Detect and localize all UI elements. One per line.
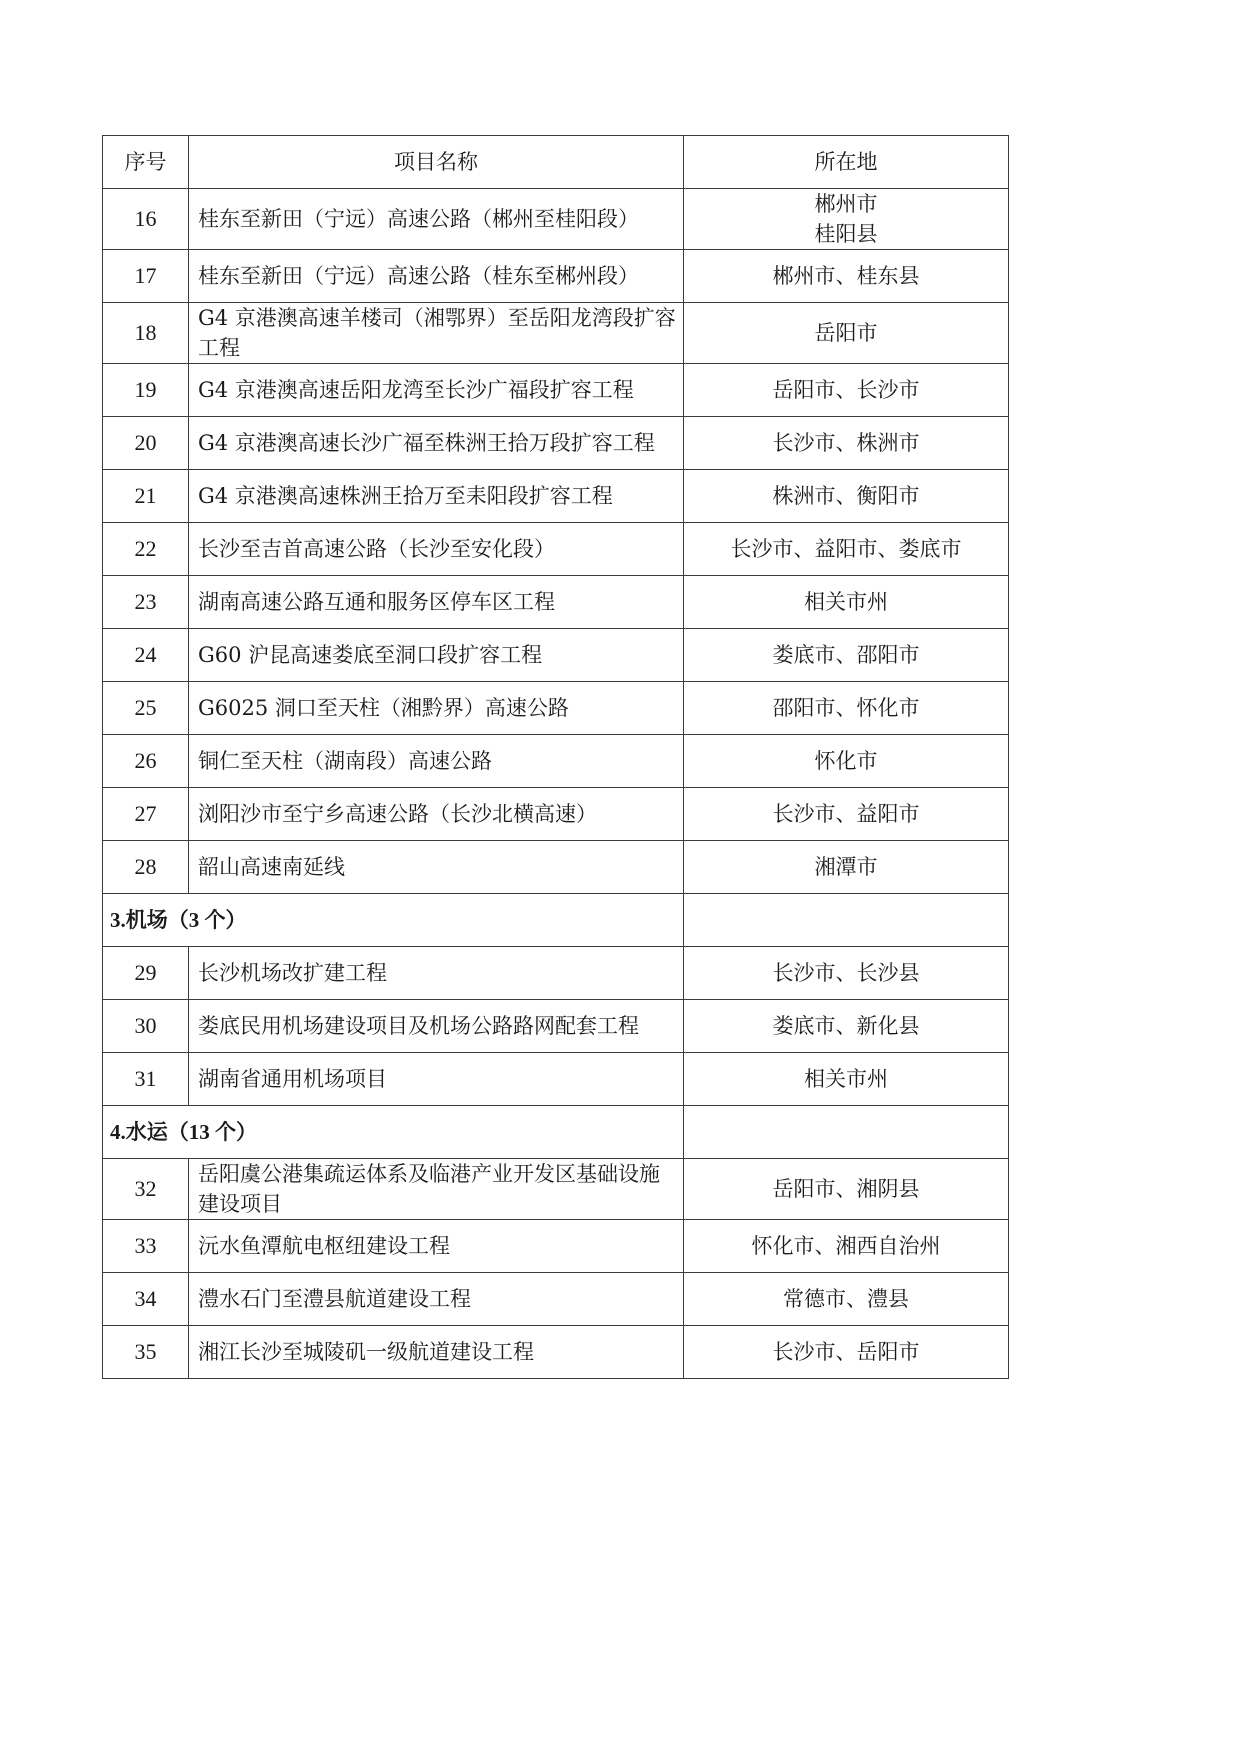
- serial-number: 18: [103, 303, 189, 364]
- location: 娄底市、新化县: [684, 1000, 1009, 1053]
- project-name: 桂东至新田（宁远）高速公路（桂东至郴州段）: [189, 250, 684, 303]
- table-row: 32 岳阳虞公港集疏运体系及临港产业开发区基础设施建设项目 岳阳市、湘阴县: [103, 1159, 1009, 1220]
- serial-number: 21: [103, 470, 189, 523]
- project-name: 娄底民用机场建设项目及机场公路路网配套工程: [189, 1000, 684, 1053]
- project-name: G6025 洞口至天柱（湘黔界）高速公路: [189, 682, 684, 735]
- location: 邵阳市、怀化市: [684, 682, 1009, 735]
- table-row: 16 桂东至新田（宁远）高速公路（郴州至桂阳段） 郴州市 桂阳县: [103, 189, 1009, 250]
- serial-number: 26: [103, 735, 189, 788]
- project-name: G60 沪昆高速娄底至洞口段扩容工程: [189, 629, 684, 682]
- table-row: 34 澧水石门至澧县航道建设工程 常德市、澧县: [103, 1273, 1009, 1326]
- project-name: 澧水石门至澧县航道建设工程: [189, 1273, 684, 1326]
- serial-number: 27: [103, 788, 189, 841]
- project-name: 长沙至吉首高速公路（长沙至安化段）: [189, 523, 684, 576]
- table-row: 30 娄底民用机场建设项目及机场公路路网配套工程 娄底市、新化县: [103, 1000, 1009, 1053]
- serial-number: 35: [103, 1326, 189, 1379]
- header-project-name: 项目名称: [189, 136, 684, 189]
- section-title: 4.水运（13 个）: [103, 1106, 684, 1159]
- serial-number: 24: [103, 629, 189, 682]
- project-name: G4 京港澳高速株洲王拾万至耒阳段扩容工程: [189, 470, 684, 523]
- serial-number: 28: [103, 841, 189, 894]
- table-row: 31 湖南省通用机场项目 相关市州: [103, 1053, 1009, 1106]
- serial-number: 17: [103, 250, 189, 303]
- table-row: 17 桂东至新田（宁远）高速公路（桂东至郴州段） 郴州市、桂东县: [103, 250, 1009, 303]
- location: 长沙市、益阳市: [684, 788, 1009, 841]
- location: 娄底市、邵阳市: [684, 629, 1009, 682]
- location: 株洲市、衡阳市: [684, 470, 1009, 523]
- location: 湘潭市: [684, 841, 1009, 894]
- table-row: 26 铜仁至天柱（湖南段）高速公路 怀化市: [103, 735, 1009, 788]
- project-name: 韶山高速南延线: [189, 841, 684, 894]
- serial-number: 19: [103, 364, 189, 417]
- project-name: 长沙机场改扩建工程: [189, 947, 684, 1000]
- location-line: 郴州市: [684, 189, 1008, 219]
- table-row: 35 湘江长沙至城陵矶一级航道建设工程 长沙市、岳阳市: [103, 1326, 1009, 1379]
- table-row: 28 韶山高速南延线 湘潭市: [103, 841, 1009, 894]
- project-name: G4 京港澳高速岳阳龙湾至长沙广福段扩容工程: [189, 364, 684, 417]
- table-row: 19 G4 京港澳高速岳阳龙湾至长沙广福段扩容工程 岳阳市、长沙市: [103, 364, 1009, 417]
- serial-number: 34: [103, 1273, 189, 1326]
- serial-number: 23: [103, 576, 189, 629]
- table-row: 27 浏阳沙市至宁乡高速公路（长沙北横高速） 长沙市、益阳市: [103, 788, 1009, 841]
- project-name: 沅水鱼潭航电枢纽建设工程: [189, 1220, 684, 1273]
- project-name: 岳阳虞公港集疏运体系及临港产业开发区基础设施建设项目: [189, 1159, 684, 1220]
- table-row: 18 G4 京港澳高速羊楼司（湘鄂界）至岳阳龙湾段扩容工程 岳阳市: [103, 303, 1009, 364]
- project-name: 湖南高速公路互通和服务区停车区工程: [189, 576, 684, 629]
- project-name: 铜仁至天柱（湖南段）高速公路: [189, 735, 684, 788]
- document-page: 序号 项目名称 所在地 16 桂东至新田（宁远）高速公路（郴州至桂阳段） 郴州市…: [102, 135, 1008, 1379]
- location: 郴州市 桂阳县: [684, 189, 1009, 250]
- location: 常德市、澧县: [684, 1273, 1009, 1326]
- table-row: 25 G6025 洞口至天柱（湘黔界）高速公路 邵阳市、怀化市: [103, 682, 1009, 735]
- location: 郴州市、桂东县: [684, 250, 1009, 303]
- project-table: 序号 项目名称 所在地 16 桂东至新田（宁远）高速公路（郴州至桂阳段） 郴州市…: [102, 135, 1009, 1379]
- location: 长沙市、岳阳市: [684, 1326, 1009, 1379]
- serial-number: 20: [103, 417, 189, 470]
- location: 岳阳市、湘阴县: [684, 1159, 1009, 1220]
- project-name: 浏阳沙市至宁乡高速公路（长沙北横高速）: [189, 788, 684, 841]
- table-row: 22 长沙至吉首高速公路（长沙至安化段） 长沙市、益阳市、娄底市: [103, 523, 1009, 576]
- header-location: 所在地: [684, 136, 1009, 189]
- location: 长沙市、益阳市、娄底市: [684, 523, 1009, 576]
- table-row: 29 长沙机场改扩建工程 长沙市、长沙县: [103, 947, 1009, 1000]
- project-name: 湖南省通用机场项目: [189, 1053, 684, 1106]
- table-row: 33 沅水鱼潭航电枢纽建设工程 怀化市、湘西自治州: [103, 1220, 1009, 1273]
- project-name: G4 京港澳高速羊楼司（湘鄂界）至岳阳龙湾段扩容工程: [189, 303, 684, 364]
- location: 岳阳市: [684, 303, 1009, 364]
- location-line: 桂阳县: [684, 219, 1008, 249]
- section-location-empty: [684, 1106, 1009, 1159]
- serial-number: 29: [103, 947, 189, 1000]
- table-row: 24 G60 沪昆高速娄底至洞口段扩容工程 娄底市、邵阳市: [103, 629, 1009, 682]
- table-row: 23 湖南高速公路互通和服务区停车区工程 相关市州: [103, 576, 1009, 629]
- serial-number: 22: [103, 523, 189, 576]
- serial-number: 16: [103, 189, 189, 250]
- location: 长沙市、株洲市: [684, 417, 1009, 470]
- serial-number: 30: [103, 1000, 189, 1053]
- location: 岳阳市、长沙市: [684, 364, 1009, 417]
- location: 怀化市、湘西自治州: [684, 1220, 1009, 1273]
- section-row-water-transport: 4.水运（13 个）: [103, 1106, 1009, 1159]
- project-name: 湘江长沙至城陵矶一级航道建设工程: [189, 1326, 684, 1379]
- header-serial-number: 序号: [103, 136, 189, 189]
- table-header-row: 序号 项目名称 所在地: [103, 136, 1009, 189]
- table-row: 20 G4 京港澳高速长沙广福至株洲王拾万段扩容工程 长沙市、株洲市: [103, 417, 1009, 470]
- project-name: G4 京港澳高速长沙广福至株洲王拾万段扩容工程: [189, 417, 684, 470]
- section-title: 3.机场（3 个）: [103, 894, 684, 947]
- section-row-airport: 3.机场（3 个）: [103, 894, 1009, 947]
- table-row: 21 G4 京港澳高速株洲王拾万至耒阳段扩容工程 株洲市、衡阳市: [103, 470, 1009, 523]
- location: 怀化市: [684, 735, 1009, 788]
- serial-number: 32: [103, 1159, 189, 1220]
- serial-number: 25: [103, 682, 189, 735]
- serial-number: 33: [103, 1220, 189, 1273]
- project-name: 桂东至新田（宁远）高速公路（郴州至桂阳段）: [189, 189, 684, 250]
- location: 相关市州: [684, 576, 1009, 629]
- location: 相关市州: [684, 1053, 1009, 1106]
- serial-number: 31: [103, 1053, 189, 1106]
- section-location-empty: [684, 894, 1009, 947]
- location: 长沙市、长沙县: [684, 947, 1009, 1000]
